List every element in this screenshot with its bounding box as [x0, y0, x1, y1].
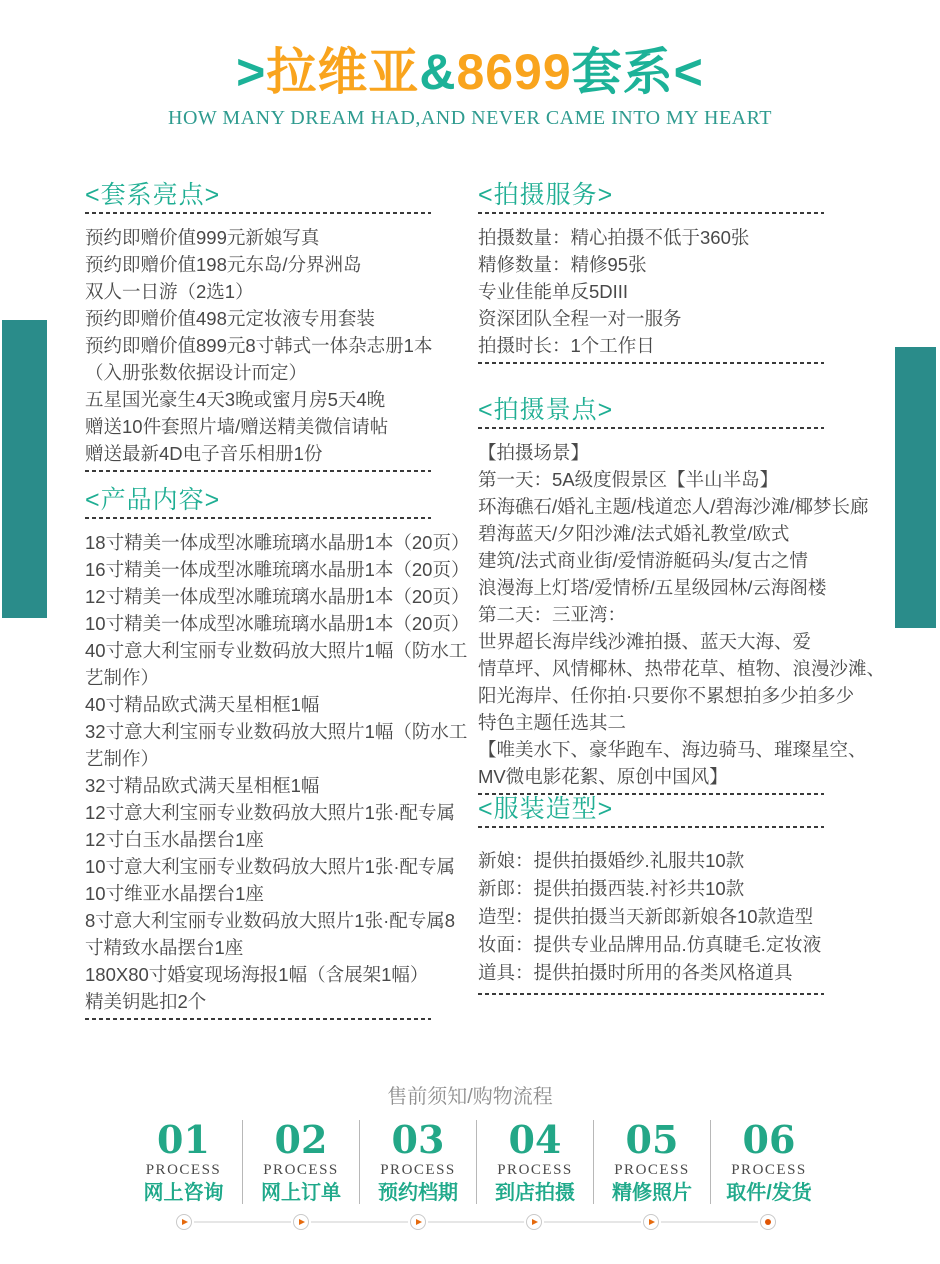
process-marker-play-icon [760, 1214, 776, 1230]
step-number: 04 [477, 1120, 593, 1160]
process-step: 05 PROCESS 精修照片 [593, 1120, 710, 1204]
process-step: 04 PROCESS 到店拍摄 [476, 1120, 593, 1204]
step-name: 精修照片 [594, 1181, 710, 1205]
step-name: 网上咨询 [125, 1181, 242, 1205]
process-section: 售前须知/购物流程 01 PROCESS 网上咨询 02 PROCESS 网上订… [0, 0, 940, 1264]
step-process-label: PROCESS [711, 1161, 827, 1179]
step-name: 取件/发货 [711, 1181, 827, 1205]
process-step: 03 PROCESS 预约档期 [359, 1120, 476, 1204]
process-steps: 01 PROCESS 网上咨询 02 PROCESS 网上订单 03 PROCE… [125, 1120, 827, 1204]
step-process-label: PROCESS [594, 1161, 710, 1179]
process-marker-play-icon [410, 1214, 426, 1230]
process-marker-play-icon [293, 1214, 309, 1230]
step-number: 02 [243, 1120, 359, 1160]
process-title: 售前须知/购物流程 [0, 1080, 940, 1109]
step-name: 到店拍摄 [477, 1181, 593, 1205]
process-marker-play-icon [176, 1214, 192, 1230]
page: >拉维亚&8699套系< HOW MANY DREAM HAD,AND NEVE… [0, 0, 940, 1264]
step-number: 01 [125, 1120, 242, 1160]
step-process-label: PROCESS [243, 1161, 359, 1179]
step-process-label: PROCESS [125, 1161, 242, 1179]
step-number: 06 [711, 1120, 827, 1160]
step-number: 05 [594, 1120, 710, 1160]
process-step: 01 PROCESS 网上咨询 [125, 1120, 242, 1204]
step-process-label: PROCESS [360, 1161, 476, 1179]
step-process-label: PROCESS [477, 1161, 593, 1179]
process-marker-play-icon [526, 1214, 542, 1230]
step-name: 预约档期 [360, 1181, 476, 1205]
process-marker-play-icon [643, 1214, 659, 1230]
process-step: 06 PROCESS 取件/发货 [710, 1120, 827, 1204]
process-step: 02 PROCESS 网上订单 [242, 1120, 359, 1204]
step-number: 03 [360, 1120, 476, 1160]
process-timeline [176, 1214, 776, 1230]
process-connector-line [184, 1221, 768, 1223]
step-name: 网上订单 [243, 1181, 359, 1205]
